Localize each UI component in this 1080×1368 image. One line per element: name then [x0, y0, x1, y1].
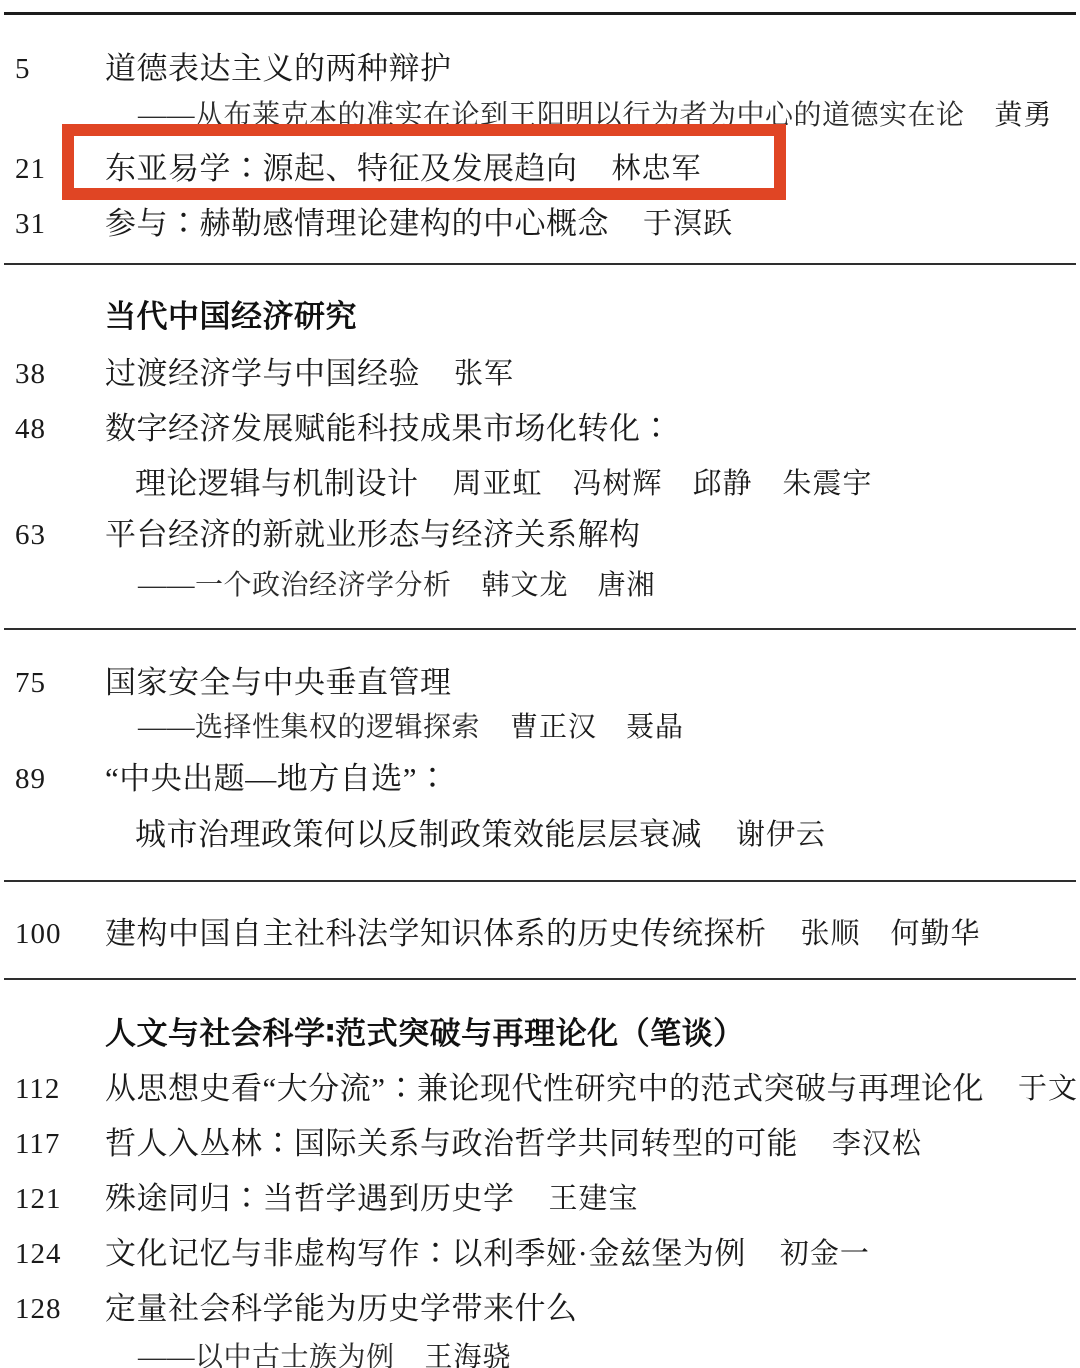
entry-title: 道德表达主义的两种辩护 [105, 52, 452, 86]
toc-entry-highlighted: 21 东亚易学∶源起、特征及发展趋向 林忠军 [0, 152, 1080, 186]
toc-entry-continuation: 城市治理政策何以反制政策效能层层衰减 谢伊云 [0, 818, 1080, 852]
section-heading: 人文与社会科学∶范式突破与再理论化（笔谈） [105, 1017, 745, 1051]
page-number: 21 [0, 152, 105, 186]
entry-authors: 王建宝 [549, 1182, 639, 1216]
toc-entry: 121 殊途同归∶当哲学遇到历史学 王建宝 [0, 1182, 1080, 1216]
page-number: 38 [0, 357, 105, 391]
toc-entry-subtitle: ——一个政治经济学分析 韩文龙 唐湘 [0, 570, 1080, 602]
entry-authors: 张军 [454, 357, 514, 391]
page-number: 100 [0, 917, 105, 951]
entry-authors: 李汉松 [832, 1127, 922, 1161]
entry-authors: 于溟跃 [643, 207, 733, 241]
toc-page: 5 道德表达主义的两种辩护 ——从布莱克本的准实在论到王阳明以行为者为中心的道德… [0, 0, 1080, 1368]
toc-entry: 75 国家安全与中央垂直管理 [0, 666, 1080, 700]
section-heading: 当代中国经济研究 [105, 300, 357, 334]
entry-authors: 谢伊云 [736, 818, 826, 852]
toc-entry-subtitle: ——从布莱克本的准实在论到王阳明以行为者为中心的道德实在论 黄勇 [0, 100, 1080, 132]
entry-authors: 黄勇 [995, 100, 1053, 132]
toc-entry: 100 建构中国自主社科法学知识体系的历史传统探析 张顺 何勤华 [0, 917, 1080, 951]
page-number: 48 [0, 412, 105, 446]
entry-title: 从思想史看“大分流”∶兼论现代性研究中的范式突破与再理论化 [105, 1072, 984, 1106]
entry-authors: 王海骁 [425, 1342, 512, 1368]
page-number: 5 [0, 52, 105, 86]
section-divider [4, 628, 1076, 630]
section-divider [4, 880, 1076, 882]
entry-title: 参与∶赫勒感情理论建构的中心概念 [105, 207, 609, 241]
page-number: 112 [0, 1072, 105, 1106]
entry-subtitle-text: ——从布莱克本的准实在论到王阳明以行为者为中心的道德实在论 [138, 100, 965, 132]
entry-authors: 周亚虹 冯树辉 邱静 朱震宇 [453, 467, 873, 501]
entry-title-continuation: 城市治理政策何以反制政策效能层层衰减 [135, 818, 702, 852]
page-number: 89 [0, 762, 105, 796]
entry-subtitle-text: ——以中古士族为例 [138, 1342, 395, 1368]
toc-entry: 5 道德表达主义的两种辩护 [0, 52, 1080, 86]
toc-entry-subtitle: ——选择性集权的逻辑探索 曹正汉 聂晶 [0, 712, 1080, 744]
toc-entry-subtitle: ——以中古士族为例 王海骁 [0, 1342, 1080, 1368]
page-number: 124 [0, 1237, 105, 1271]
toc-entry: 112 从思想史看“大分流”∶兼论现代性研究中的范式突破与再理论化 于文 [0, 1072, 1080, 1106]
entry-title: 过渡经济学与中国经验 [105, 357, 420, 391]
page-number: 128 [0, 1292, 105, 1326]
entry-title: 东亚易学∶源起、特征及发展趋向 [105, 152, 578, 186]
entry-title: 建构中国自主社科法学知识体系的历史传统探析 [105, 917, 767, 951]
entry-authors: 于文 [1018, 1072, 1078, 1106]
entry-title: 平台经济的新就业形态与经济关系解构 [105, 518, 641, 552]
toc-entry: 31 参与∶赫勒感情理论建构的中心概念 于溟跃 [0, 207, 1080, 241]
entry-subtitle-text: ——选择性集权的逻辑探索 [138, 712, 480, 744]
entry-title: 文化记忆与非虚构写作∶以利季娅·金兹堡为例 [105, 1237, 746, 1271]
toc-entry: 124 文化记忆与非虚构写作∶以利季娅·金兹堡为例 初金一 [0, 1237, 1080, 1271]
toc-entry: 128 定量社会科学能为历史学带来什么 [0, 1292, 1080, 1326]
toc-entry: 48 数字经济发展赋能科技成果市场化转化∶ [0, 412, 1080, 446]
toc-entry-continuation: 理论逻辑与机制设计 周亚虹 冯树辉 邱静 朱震宇 [0, 467, 1080, 501]
entry-authors: 林忠军 [612, 152, 702, 186]
page-number: 31 [0, 207, 105, 241]
entry-title: “中央出题—地方自选”∶ [105, 762, 449, 796]
section-heading-row: 人文与社会科学∶范式突破与再理论化（笔谈） [0, 1017, 1080, 1051]
toc-entry: 38 过渡经济学与中国经验 张军 [0, 357, 1080, 391]
entry-authors: 曹正汉 聂晶 [510, 712, 684, 744]
entry-title-continuation: 理论逻辑与机制设计 [135, 467, 419, 501]
entry-authors: 张顺 何勤华 [801, 917, 981, 951]
toc-entry: 89 “中央出题—地方自选”∶ [0, 762, 1080, 796]
entry-title: 殊途同归∶当哲学遇到历史学 [105, 1182, 515, 1216]
entry-authors: 韩文龙 唐湘 [482, 570, 656, 602]
entry-title: 哲人入丛林∶国际关系与政治哲学共同转型的可能 [105, 1127, 798, 1161]
section-heading-row: 当代中国经济研究 [0, 300, 1080, 334]
section-divider [4, 978, 1076, 980]
section-divider [4, 263, 1076, 265]
toc-entry: 63 平台经济的新就业形态与经济关系解构 [0, 518, 1080, 552]
toc-entry: 117 哲人入丛林∶国际关系与政治哲学共同转型的可能 李汉松 [0, 1127, 1080, 1161]
top-rule [4, 12, 1076, 15]
page-number: 117 [0, 1127, 105, 1161]
page-number: 63 [0, 518, 105, 552]
page-number: 75 [0, 666, 105, 700]
page-number: 121 [0, 1182, 105, 1216]
entry-title: 定量社会科学能为历史学带来什么 [105, 1292, 578, 1326]
entry-title: 数字经济发展赋能科技成果市场化转化∶ [105, 412, 672, 446]
entry-authors: 初金一 [780, 1237, 870, 1271]
entry-title: 国家安全与中央垂直管理 [105, 666, 452, 700]
entry-subtitle-text: ——一个政治经济学分析 [138, 570, 452, 602]
